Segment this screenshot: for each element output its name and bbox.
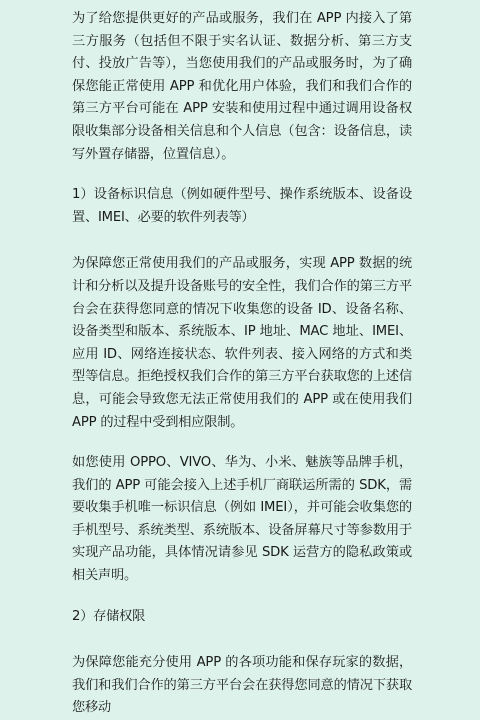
section-heading-storage: 2）存储权限: [72, 606, 412, 629]
device-id-paragraph: 为保障您正常使用我们的产品或服务，实现 APP 数据的统计和分析以及提升设备账号…: [72, 253, 412, 434]
intro-paragraph: 为了给您提供更好的产品或服务，我们在 APP 内接入了第三方服务（包括但不限于实…: [72, 8, 412, 166]
privacy-policy-document: 为了给您提供更好的产品或服务，我们在 APP 内接入了第三方服务（包括但不限于实…: [72, 8, 412, 631]
section-heading-device-id: 1）设备标识信息（例如硬件型号、操作系统版本、设备设置、IMEI、必要的软件列表…: [72, 184, 412, 229]
vendor-sdk-paragraph: 如您使用 OPPO、VIVO、华为、小米、魅族等品牌手机，我们的 APP 可能会…: [72, 452, 412, 588]
